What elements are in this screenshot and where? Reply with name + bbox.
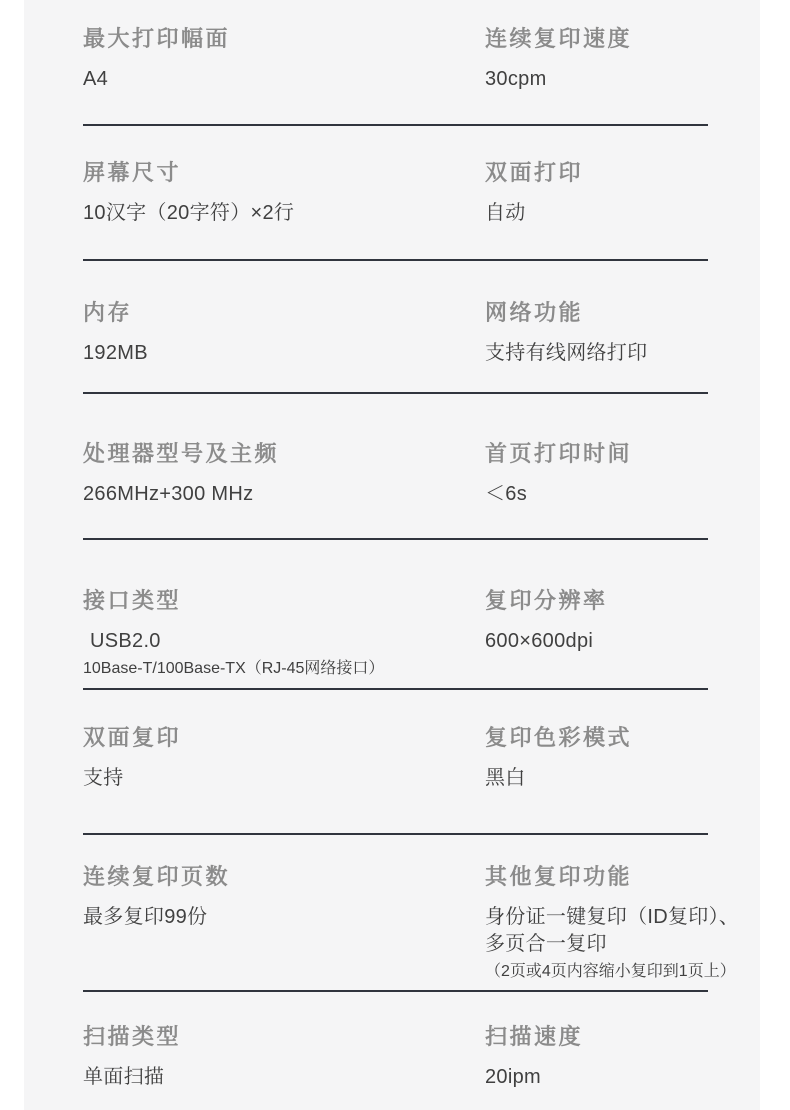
spec-cell-copy-color-mode: 复印色彩模式 黑白 xyxy=(485,723,760,792)
spec-cell-interface-type: 接口类型 USB2.0 10Base-T/100Base-TX（RJ-45网络接… xyxy=(83,586,485,680)
spec-label: 双面打印 xyxy=(485,158,760,188)
spec-value: 30cpm xyxy=(485,66,760,93)
spec-row-print-size-speed: 最大打印幅面 A4 连续复印速度 30cpm xyxy=(83,0,760,126)
spec-row-screen-duplex: 屏幕尺寸 10汉字（20字符）×2行 双面打印 自动 xyxy=(83,126,760,261)
spec-value: 600×600dpi xyxy=(485,628,760,655)
spec-cell-copy-resolution: 复印分辨率 600×600dpi xyxy=(485,586,760,655)
spec-label: 复印色彩模式 xyxy=(485,723,760,753)
spec-cell-first-page-time: 首页打印时间 ＜6s xyxy=(485,439,760,508)
spec-value: 支持 xyxy=(83,765,485,792)
spec-value: USB2.0 xyxy=(83,628,485,655)
spec-value: ＜6s xyxy=(485,481,760,508)
spec-cell-screen-size: 屏幕尺寸 10汉字（20字符）×2行 xyxy=(83,158,485,227)
spec-list: 最大打印幅面 A4 连续复印速度 30cpm 屏幕尺寸 10汉字（20字符）×2… xyxy=(24,0,760,1110)
spec-value: 单面扫描 xyxy=(83,1064,485,1091)
spec-label: 复印分辨率 xyxy=(485,586,760,616)
spec-cell-duplex-copy: 双面复印 支持 xyxy=(83,723,485,792)
spec-row-cpu-firstpage: 处理器型号及主频 266MHz+300 MHz 首页打印时间 ＜6s xyxy=(83,394,760,540)
spec-label: 接口类型 xyxy=(83,586,485,616)
spec-cell-continuous-copy-pages: 连续复印页数 最多复印99份 xyxy=(83,862,485,931)
spec-row-memory-network: 内存 192MB 网络功能 支持有线网络打印 xyxy=(83,261,760,394)
spec-value: A4 xyxy=(83,66,485,93)
spec-label: 首页打印时间 xyxy=(485,439,760,469)
spec-sheet: 最大打印幅面 A4 连续复印速度 30cpm 屏幕尺寸 10汉字（20字符）×2… xyxy=(24,0,760,1110)
spec-label: 连续复印页数 xyxy=(83,862,485,892)
spec-cell-other-copy-functions: 其他复印功能 身份证一键复印（ID复印）、 多页合一复印 （2页或4页内容缩小复… xyxy=(485,862,760,983)
spec-cell-copy-speed: 连续复印速度 30cpm xyxy=(485,24,760,93)
spec-cell-network-function: 网络功能 支持有线网络打印 xyxy=(485,298,760,367)
spec-note: 10Base-T/100Base-TX（RJ-45网络接口） xyxy=(83,658,485,680)
spec-row-duplexcopy-colormode: 双面复印 支持 复印色彩模式 黑白 xyxy=(83,690,760,835)
spec-label: 内存 xyxy=(83,298,485,328)
spec-cell-processor: 处理器型号及主频 266MHz+300 MHz xyxy=(83,439,485,508)
spec-cell-scan-speed: 扫描速度 20ipm xyxy=(485,1022,760,1091)
spec-label: 连续复印速度 xyxy=(485,24,760,54)
spec-label: 屏幕尺寸 xyxy=(83,158,485,188)
spec-value: 20ipm xyxy=(485,1064,760,1091)
spec-cell-max-print-size: 最大打印幅面 A4 xyxy=(83,24,485,93)
spec-value: 192MB xyxy=(83,340,485,367)
spec-note: （2页或4页内容缩小复印到1页上） xyxy=(485,961,760,983)
spec-label: 扫描类型 xyxy=(83,1022,485,1052)
spec-cell-memory: 内存 192MB xyxy=(83,298,485,367)
spec-cell-scan-type: 扫描类型 单面扫描 xyxy=(83,1022,485,1091)
spec-value: 支持有线网络打印 xyxy=(485,340,760,367)
spec-value: 黑白 xyxy=(485,765,760,792)
spec-value: 最多复印99份 xyxy=(83,904,485,931)
spec-label: 扫描速度 xyxy=(485,1022,760,1052)
spec-label: 网络功能 xyxy=(485,298,760,328)
spec-value: 10汉字（20字符）×2行 xyxy=(83,200,485,227)
spec-value: 266MHz+300 MHz xyxy=(83,481,485,508)
spec-label: 处理器型号及主频 xyxy=(83,439,485,469)
spec-label: 最大打印幅面 xyxy=(83,24,485,54)
spec-cell-duplex-print: 双面打印 自动 xyxy=(485,158,760,227)
spec-row-copypages-otherfunctions: 连续复印页数 最多复印99份 其他复印功能 身份证一键复印（ID复印）、 多页合… xyxy=(83,835,760,992)
spec-value: 自动 xyxy=(485,200,760,227)
spec-label: 其他复印功能 xyxy=(485,862,760,892)
spec-value: 身份证一键复印（ID复印）、 多页合一复印 xyxy=(485,904,760,958)
spec-row-interface-resolution: 接口类型 USB2.0 10Base-T/100Base-TX（RJ-45网络接… xyxy=(83,540,760,690)
spec-label: 双面复印 xyxy=(83,723,485,753)
spec-row-scan-type-speed: 扫描类型 单面扫描 扫描速度 20ipm xyxy=(83,992,760,1110)
